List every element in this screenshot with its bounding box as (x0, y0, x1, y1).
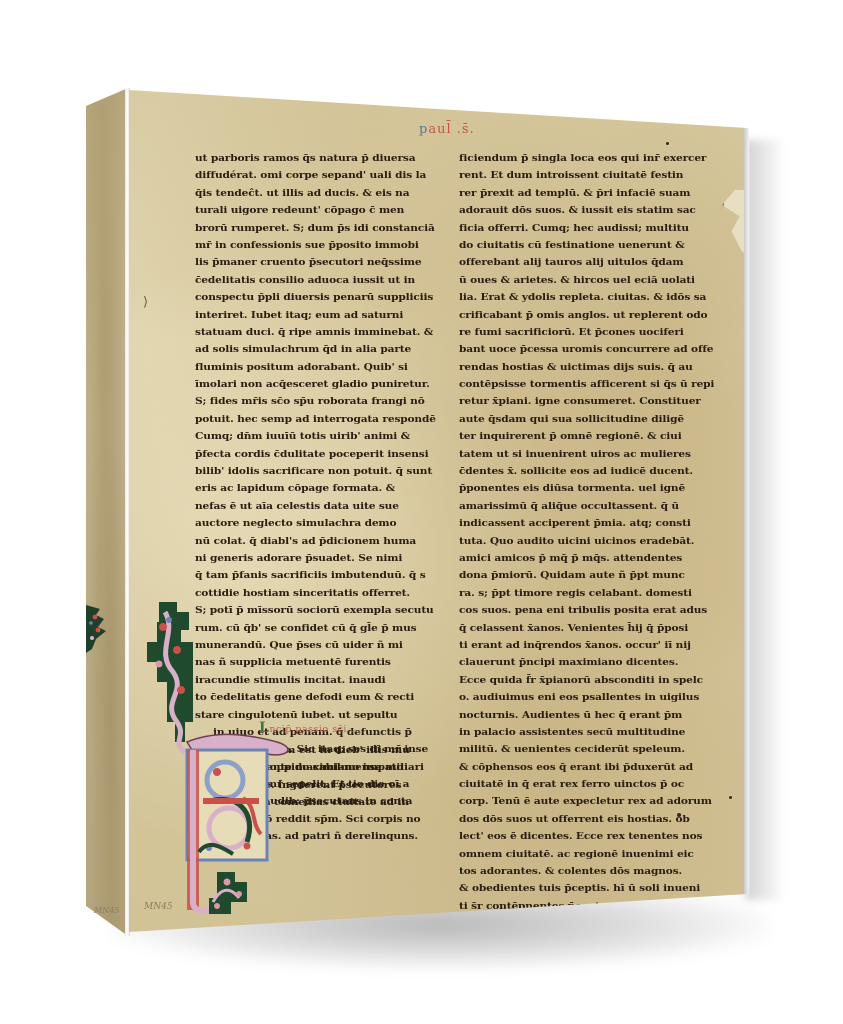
text-line: lect' eos ē dicentes. Ecce rex tenentes … (459, 829, 724, 845)
text-line: dos dōs suos ut offerrent eis hostias. o… (459, 812, 724, 828)
text-line: bant uoce p̄cessa uromis concurrere ad o… (459, 342, 724, 358)
text-line: q̄ tam p̄fanis sacrificiis imbutenduū. q… (195, 568, 445, 584)
text-line: rent. Et dum introissent ciuitatē festin (459, 168, 724, 184)
text-line: bilib' idolis sacrificare non potuit. q̄… (195, 464, 445, 480)
text-line: Cumq; dn̄m iuuīū totis uirib' animi & (195, 429, 445, 445)
canvas-left-wrap (86, 88, 128, 936)
text-line: corp. Tenū ē aute expecletur rex ad ador… (459, 794, 724, 810)
text-line: S; fides mr̄is sc̄o sp̄u roborata frangi… (195, 394, 445, 410)
text-line: cottidie hostiam sinceritatis offerret. (195, 586, 445, 602)
text-line: lia. Erat & ydolis repleta. ciuitas. & i… (459, 290, 724, 306)
text-line: ficiendum p̄ singla loca eos qui inr̄ ex… (459, 151, 724, 167)
text-line: militū. & uenientes ceciderūt speleum. (459, 742, 724, 758)
text-line: īmolari non acq̄esceret gladio puniretur… (195, 377, 445, 393)
shelfmark: MN45 (144, 902, 173, 912)
text-line: statuam duci. q̄ ripe amnis imminebat. & (195, 325, 445, 341)
text-line: tatem ut si inuenirent uiros ac mulieres (459, 447, 724, 463)
text-line: turali uigore redeunt' cōpago c̄ men (195, 203, 445, 219)
text-line: cos suos. pena eni tribulis posita erat … (459, 603, 724, 619)
text-line: contēpsisse tormentis afficerent si q̄s … (459, 377, 724, 393)
text-line: potuit. hec semp ad interrogata respondē (195, 412, 445, 428)
text-line: do ciuitatis cū festinatione uenerunt & (459, 238, 724, 254)
text-line: in palacio assistentes secū multitudine (459, 725, 724, 741)
text-line: clauerunt p̄ncipi maximiano dicentes. (459, 655, 724, 671)
text-line: ter inquirerent p̄ omnē regionē. & ciui (459, 429, 724, 445)
text-line: ni generis adorare p̄suadet. Se nimi (195, 551, 445, 567)
ruling-mark: ⟩ (143, 295, 148, 310)
text-line: nocturnis. Audientes ū hec q̄ erant p̄m (459, 707, 724, 723)
text-line: nefas ē ut aīa celestis data uite sue (195, 499, 445, 515)
canvas-front-edge-right (744, 128, 749, 894)
text-line: nū colat. q̄ diabl's ad p̄dicionem huma (195, 533, 445, 549)
text-line: aute q̄sdam qui sua sollicitudine diligē (459, 412, 724, 428)
text-line: lis p̄maner cruento p̄secutori neq̄ssime (195, 255, 445, 271)
text-line: rendas hostias & uictimas dijs suis. q̄ … (459, 360, 724, 376)
text-line: c̄edelitatis consilio aduoca iussit ut i… (195, 273, 445, 289)
text-line: amici amicos p̄ mq̄ p̄ mq̄s. attendentes (459, 551, 724, 567)
text-line: dona p̄miorū. Quidam aute ñ p̄pt munc (459, 568, 724, 584)
text-line: ti erant ad inq̄rendos x̄anos. occur' iī… (459, 638, 724, 654)
text-line: re fumi sacrificiorū. Et p̄cones uocifer… (459, 325, 724, 341)
text-line: omnem ciuitatē. ac regionē inuenimi eic (459, 846, 724, 862)
text-line: amarissimū q̄ aliq̄ue occultassent. q̄ ū (459, 499, 724, 515)
text-line: c̄dentes x̄. sollicite eos ad iudicē duc… (459, 464, 724, 480)
text-line: offerebant alij tauros alij uitulos q̄da… (459, 255, 724, 271)
text-line: eris ac lapidum cōpage formata. & (195, 481, 445, 497)
text-line: adorauit dōs suos. & iussit eis statim s… (459, 203, 724, 219)
text-line: diffudérat. omi corpe sepand' uali dis l… (195, 168, 445, 184)
text-line: o. audiuimus eni eos psallentes in uigil… (459, 690, 724, 706)
wrapped-ornament-fragment (86, 605, 108, 665)
text-line: retur x̄piani. igne consumeret. Constitu… (459, 394, 724, 410)
text-line: ra. s; p̄pt timore regis celabant. domes… (459, 586, 724, 602)
text-line: Ecce quida f̄r x̄pianorū absconditi in s… (459, 673, 724, 689)
text-line: q̄is tendeĉt. ut illis ad ducis. & eis n… (195, 186, 445, 202)
text-line: tos adorantes. & colentes dōs magnos. (459, 864, 724, 880)
worm-hole (729, 796, 732, 799)
worm-hole (666, 142, 669, 145)
running-header: paul̄ .s̄. (419, 122, 475, 137)
text-line: fluminis positum adorabant. Quib' si (195, 360, 445, 376)
text-line: crificabant p̄ omis anglos. ut replerent… (459, 307, 724, 323)
text-line: ficia offerri. Cumq; hec audissi; multit… (459, 220, 724, 236)
text-line: & obedientes tuis p̄ceptis. hī ū soli in… (459, 881, 724, 897)
text-line: conspectu p̄pli diuersis penarū supplici… (195, 290, 445, 306)
text-line: p̄fecta cordis c̄dulitate poceperit inse… (195, 447, 445, 463)
right-text-column: ficiendum p̄ singla loca eos qui inr̄ ex… (459, 150, 724, 932)
text-line: ciuitatē in q̄ erat rex ferro uinctos p̄… (459, 777, 724, 793)
side-shelfmark: MN45 (94, 906, 119, 915)
text-line: brorū rumperet. S; dum p̄s idi constanci… (195, 220, 445, 236)
text-line: p̄ponentes eis diūsa tormenta. uel ignē (459, 481, 724, 497)
manuscript-page: ⟨ ⟩ paul̄ .s̄. ut parboris ramos q̄s nat… (129, 90, 747, 932)
text-line: tuta. Quo audito uicini uicinos eradebāt… (459, 533, 724, 549)
text-line: mr̄ in confessionis sue p̄posito immobi (195, 238, 445, 254)
text-line: q̄ celassent x̄anos. Venientes h̄ij q̄ p… (459, 620, 724, 636)
text-line: indicassent acciperent p̄mia. atq; const… (459, 516, 724, 532)
text-line: interiret. Iubet itaq; eum ad saturni (195, 307, 445, 323)
illuminated-initial-F (147, 602, 297, 914)
text-line: ū oues & arietes. & hircos uel eciā uola… (459, 273, 724, 289)
text-line: ad solis simulachrum q̄d in alia parte (195, 342, 445, 358)
text-line: rer p̄rexit ad templū. & p̄ri infaciē su… (459, 186, 724, 202)
text-line: ut parboris ramos q̄s natura p̄ diuersa (195, 151, 445, 167)
text-line: & cōphensos eos q̄ erant ibi p̄duxerūt a… (459, 760, 724, 776)
canvas-side-shadow (745, 140, 785, 900)
text-line: auctore neglecto simulachra demo (195, 516, 445, 532)
